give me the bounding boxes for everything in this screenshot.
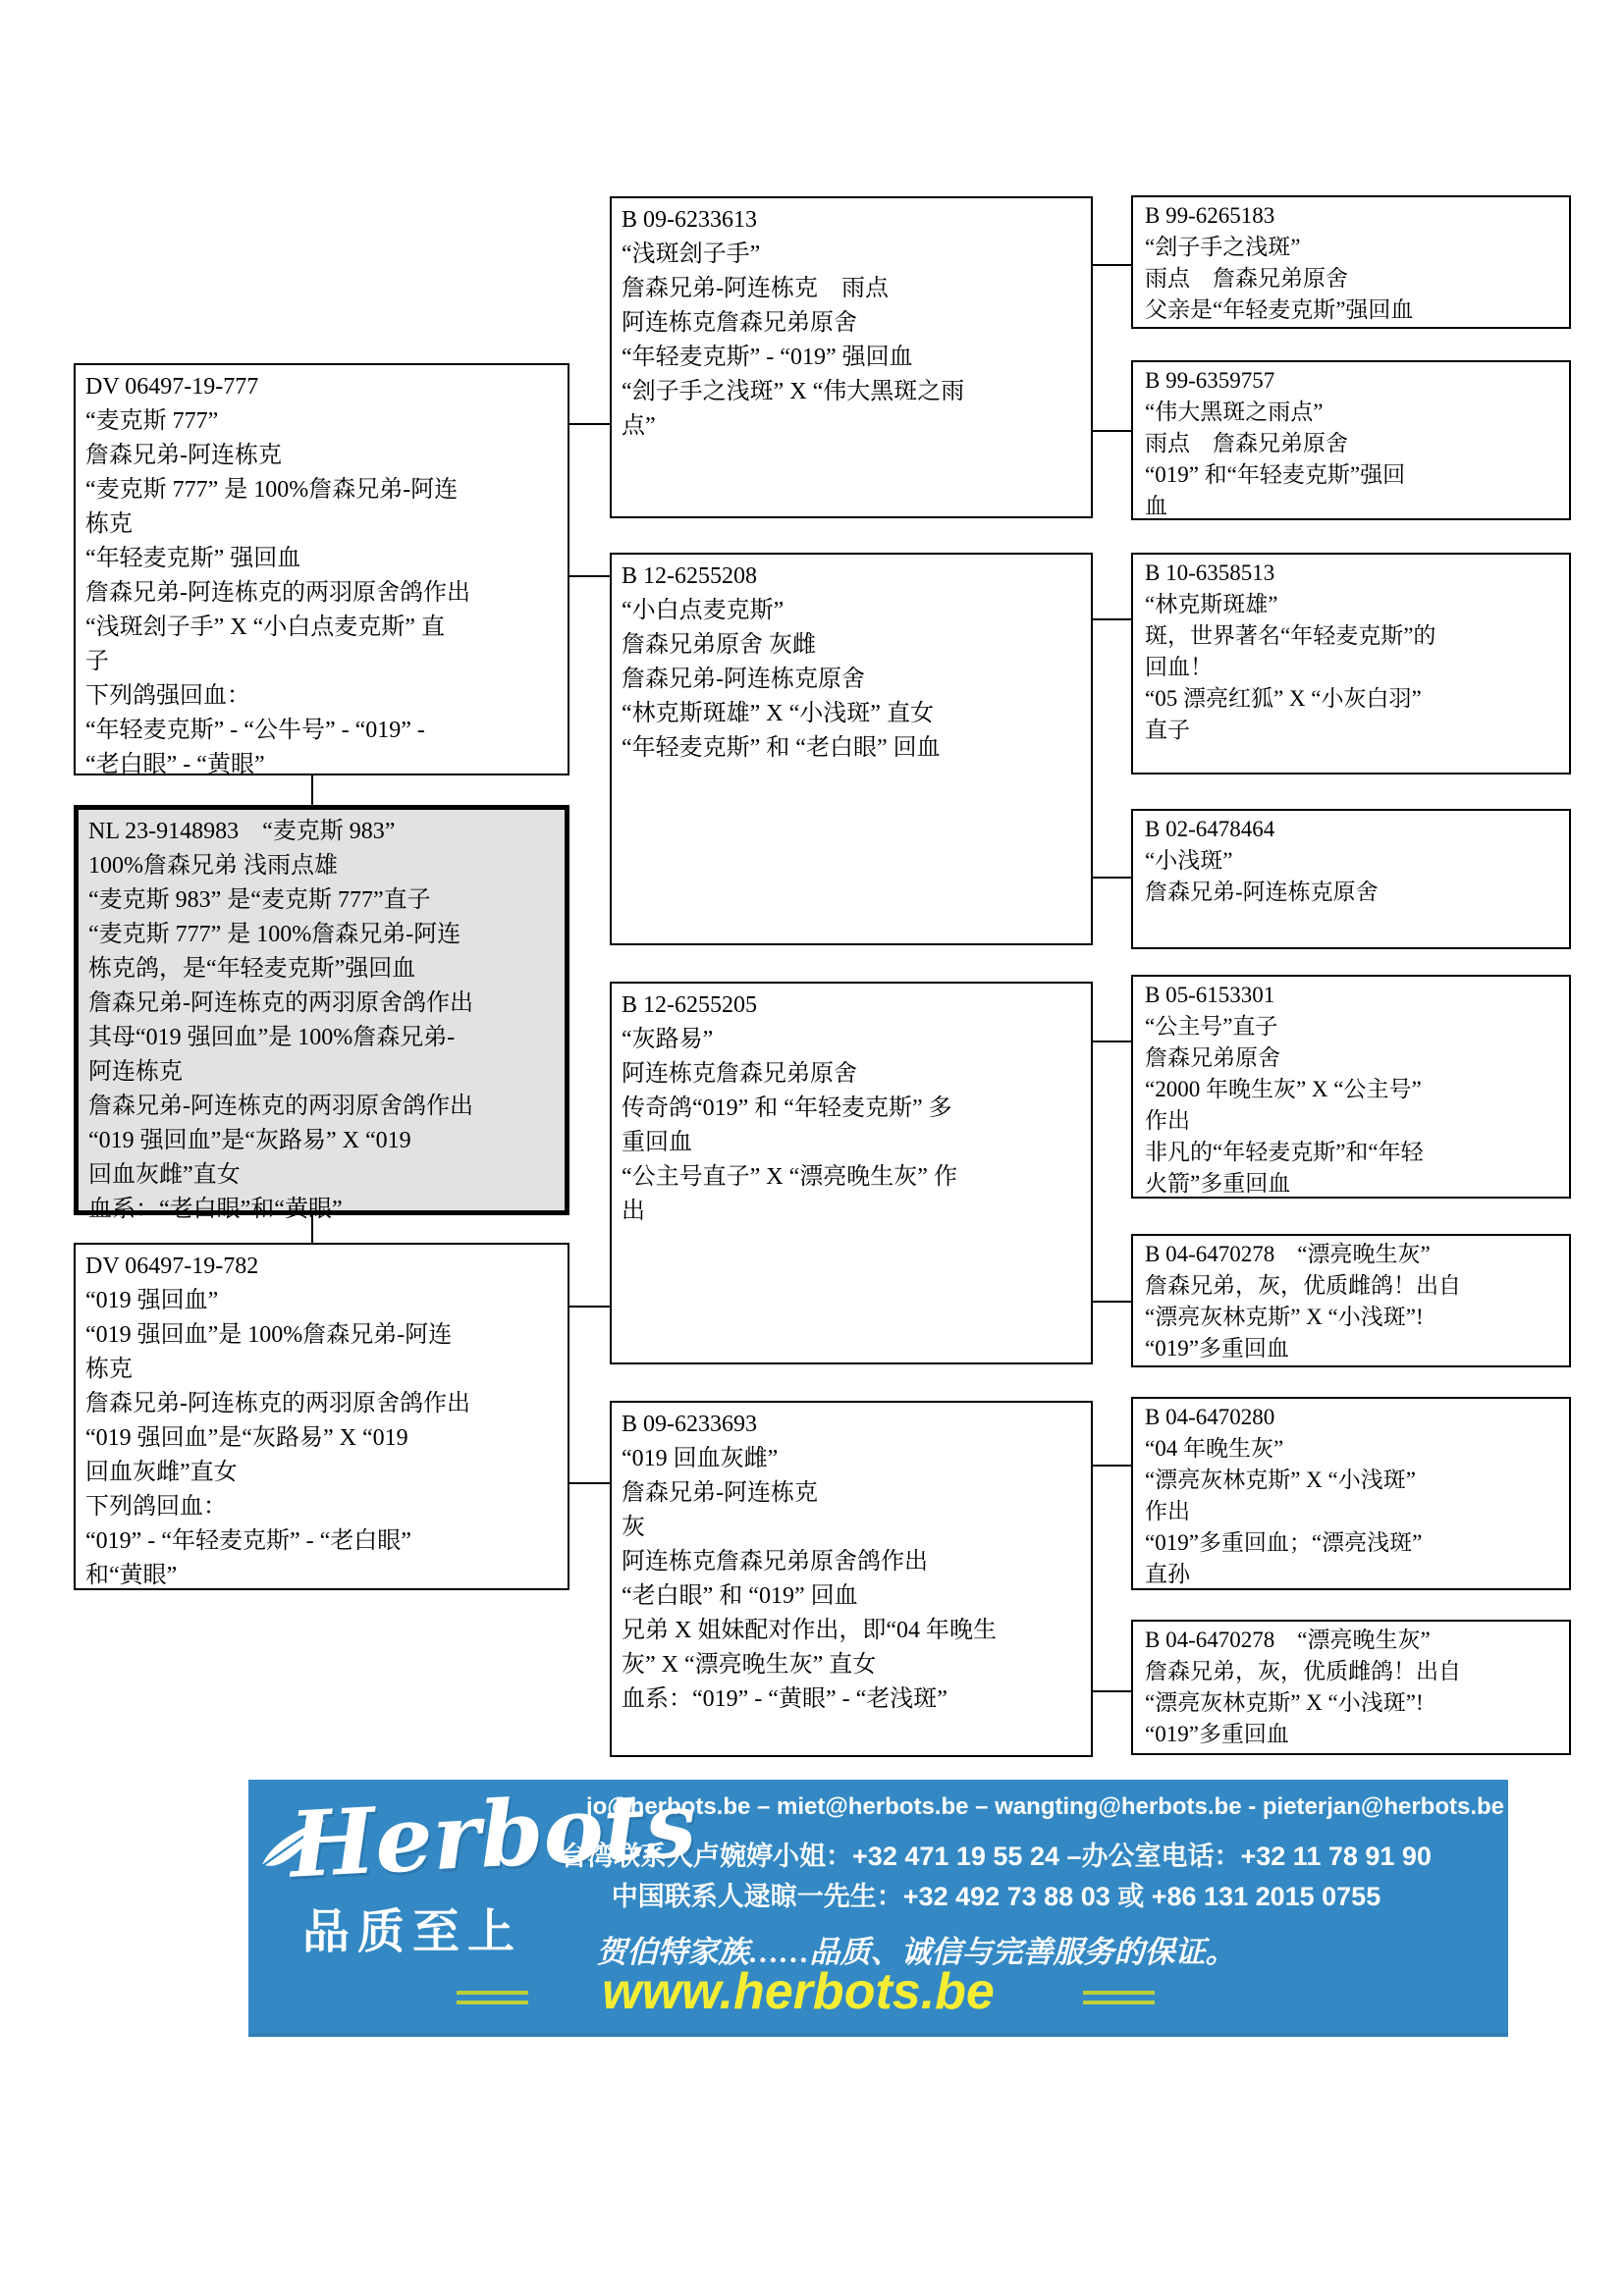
pedigree-box-dv06497-19-777: DV 06497-19-777 “麦克斯 777” 詹森兄弟-阿连栋克 “麦克斯… <box>74 363 569 775</box>
connector-m3-r6 <box>1093 1301 1131 1303</box>
pedigree-box-b04-6470280: B 04-6470280 “04 年晚生灰” “漂亮灰林克斯” X “小浅斑” … <box>1131 1397 1571 1590</box>
connector-m3-r5 <box>1093 1041 1131 1042</box>
pedigree-box-text: B 99-6359757 “伟大黑斑之雨点” 雨点 詹森兄弟原舍 “019” 和… <box>1133 362 1569 525</box>
connector-m1-r2 <box>1093 430 1131 432</box>
footer-banner: Herbots 品质至上 jo@herbots.be – miet@herbot… <box>248 1780 1508 2037</box>
pedigree-box-text: B 99-6265183 “刽子手之浅斑” 雨点 詹森兄弟原舍 父亲是“年轻麦克… <box>1133 197 1569 329</box>
pedigree-box-text: NL 23-9148983 “麦克斯 983” 100%詹森兄弟 浅雨点雄 “麦… <box>79 810 565 1232</box>
pedigree-box-text: B 12-6255208 “小白点麦克斯” 詹森兄弟原舍 灰雌 詹森兄弟-阿连栋… <box>612 555 1091 771</box>
contact-taiwan: 台湾联系人卢婉婷小姐：+32 471 19 55 24 –办公室电话：+32 1… <box>484 1835 1508 1873</box>
pedigree-box-dv06497-19-782: DV 06497-19-782 “019 强回血” “019 强回血”是 100… <box>74 1243 569 1590</box>
connector-l3-m4 <box>569 1482 610 1484</box>
pedigree-box-nl23-9148983-subject: NL 23-9148983 “麦克斯 983” 100%詹森兄弟 浅雨点雄 “麦… <box>74 805 569 1215</box>
connector-l1-m2 <box>569 575 610 577</box>
pedigree-box-text: DV 06497-19-782 “019 强回血” “019 强回血”是 100… <box>76 1245 568 1598</box>
pedigree-box-b99-6359757: B 99-6359757 “伟大黑斑之雨点” 雨点 詹森兄弟原舍 “019” 和… <box>1131 360 1571 520</box>
pedigree-box-b99-6265183: B 99-6265183 “刽子手之浅斑” 雨点 詹森兄弟原舍 父亲是“年轻麦克… <box>1131 195 1571 329</box>
pedigree-box-text: DV 06497-19-777 “麦克斯 777” 詹森兄弟-阿连栋克 “麦克斯… <box>76 365 568 787</box>
pedigree-box-b09-6233693: B 09-6233693 “019 回血灰雌” 詹森兄弟-阿连栋克 灰 阿连栋克… <box>610 1401 1093 1757</box>
pedigree-box-b05-6153301: B 05-6153301 “公主号”直子 詹森兄弟原舍 “2000 年晚生灰” … <box>1131 975 1571 1199</box>
connector-m4-r7 <box>1093 1465 1131 1467</box>
pedigree-box-b02-6478464: B 02-6478464 “小浅斑” 詹森兄弟-阿连栋克原舍 <box>1131 809 1571 949</box>
connector-father-subject <box>311 775 313 805</box>
pedigree-box-text: B 02-6478464 “小浅斑” 詹森兄弟-阿连栋克原舍 <box>1133 811 1569 911</box>
connector-m1-r1 <box>1093 264 1131 266</box>
pedigree-box-b04-6470278-lower: B 04-6470278 “漂亮晚生灰” 詹森兄弟，灰，优质雌鸽！出自 “漂亮灰… <box>1131 1620 1571 1755</box>
pedigree-box-b09-6233613: B 09-6233613 “浅斑刽子手” 詹森兄弟-阿连栋克 雨点 阿连栋克詹森… <box>610 196 1093 518</box>
pedigree-box-text: B 04-6470278 “漂亮晚生灰” 詹森兄弟，灰，优质雌鸽！出自 “漂亮灰… <box>1133 1622 1569 1753</box>
separator-left <box>457 1991 528 2004</box>
connector-l1-m1 <box>569 423 610 425</box>
connector-subject-mother <box>311 1215 313 1243</box>
connector-m4-r8 <box>1093 1690 1131 1692</box>
pedigree-box-b12-6255205: B 12-6255205 “灰路易” 阿连栋克詹森兄弟原舍 传奇鸽“019” 和… <box>610 982 1093 1364</box>
pedigree-box-text: B 09-6233693 “019 回血灰雌” 詹森兄弟-阿连栋克 灰 阿连栋克… <box>612 1403 1091 1722</box>
separator-right <box>1083 1991 1155 2004</box>
pedigree-box-text: B 12-6255205 “灰路易” 阿连栋克詹森兄弟原舍 传奇鸽“019” 和… <box>612 984 1091 1234</box>
contact-emails: jo@herbots.be – miet@herbots.be – wangti… <box>586 1793 1504 1821</box>
pedigree-box-text: B 04-6470278 “漂亮晚生灰” 詹森兄弟，灰，优质雌鸽！出自 “漂亮灰… <box>1133 1236 1569 1367</box>
pedigree-chart: DV 06497-19-777 “麦克斯 777” 詹森兄弟-阿连栋克 “麦克斯… <box>0 0 1624 2296</box>
pedigree-box-b12-6255208: B 12-6255208 “小白点麦克斯” 詹森兄弟原舍 灰雌 詹森兄弟-阿连栋… <box>610 553 1093 945</box>
connector-m2-r4 <box>1093 877 1131 879</box>
connector-m2-r3 <box>1093 618 1131 620</box>
contact-china: 中国联系人逯晾一先生：+32 492 73 88 03 或 +86 131 20… <box>484 1875 1508 1913</box>
connector-l3-m3 <box>569 1306 610 1308</box>
pedigree-box-text: B 05-6153301 “公主号”直子 詹森兄弟原舍 “2000 年晚生灰” … <box>1133 977 1569 1202</box>
pedigree-box-text: B 04-6470280 “04 年晚生灰” “漂亮灰林克斯” X “小浅斑” … <box>1133 1399 1569 1593</box>
website-url: www.herbots.be <box>572 1962 1024 2021</box>
pedigree-box-text: B 09-6233613 “浅斑刽子手” 詹森兄弟-阿连栋克 雨点 阿连栋克詹森… <box>612 198 1091 449</box>
pedigree-box-text: B 10-6358513 “林克斯斑雄” 斑，世界著名“年轻麦克斯”的 回血！ … <box>1133 555 1569 749</box>
pedigree-box-b10-6358513: B 10-6358513 “林克斯斑雄” 斑，世界著名“年轻麦克斯”的 回血！ … <box>1131 553 1571 774</box>
pedigree-box-b04-6470278-upper: B 04-6470278 “漂亮晚生灰” 詹森兄弟，灰，优质雌鸽！出自 “漂亮灰… <box>1131 1234 1571 1367</box>
